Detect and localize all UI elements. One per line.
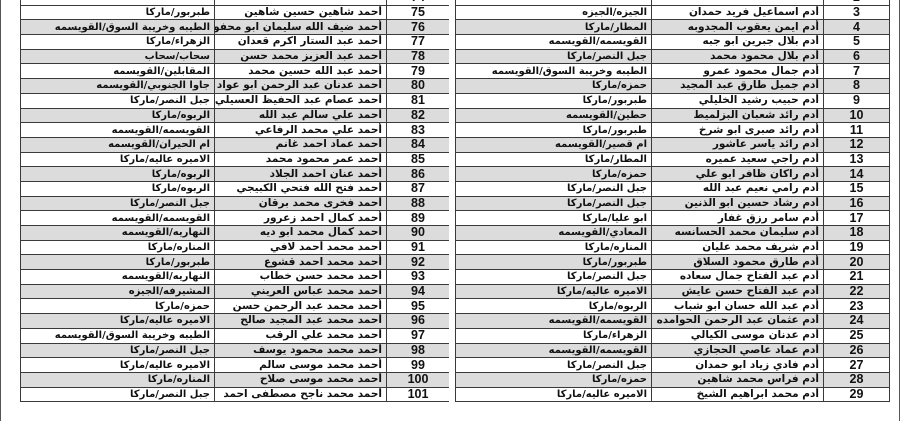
row-number: 76 xyxy=(387,20,450,35)
row-number: 82 xyxy=(387,108,450,123)
row-number: 28 xyxy=(824,372,890,387)
row-number: 24 xyxy=(824,314,890,329)
location: الطيبه وخريبة السوق/القويسمه xyxy=(456,64,652,79)
location: جبل النصر/ماركا xyxy=(456,358,652,373)
person-name: أدم اسماعيل فريد حمدان xyxy=(652,5,824,20)
table-row: 81أحمد عصام عبد الحفيظ العسيليجبل النصر/… xyxy=(21,93,450,108)
location: حمزه/ماركا xyxy=(456,167,652,182)
table-row: 92أحمد محمد احمد قشوعطبربور/ماركا xyxy=(21,255,450,270)
row-number: 79 xyxy=(387,64,450,79)
person-name: أحمد محمد عبد الرحمن حسن xyxy=(215,299,387,314)
row-number: 93 xyxy=(387,270,450,285)
person-name: أحمد علي سالم عبد الله xyxy=(215,108,387,123)
person-name: أدم بلال جبرين ابو جبه xyxy=(652,35,824,50)
row-number: 96 xyxy=(387,314,450,329)
person-name: أحمد فتح الله فتحي الكبيجي xyxy=(215,181,387,196)
table-row: 15أدم رامي نعيم عبد اللهجبل النصر/ماركا xyxy=(456,181,890,196)
left-table-body: 74 75أحمد شاهين حسين شاهينطبربور/ماركا76… xyxy=(21,0,450,402)
right-names-table: 2 3أدم اسماعيل فريد حمدانالجيزه/الجيزه4أ… xyxy=(455,0,890,402)
table-row: 100أحمد محمد موسى صلاحالمناره/ماركا xyxy=(21,372,450,387)
table-row: 93أحمد محمد حسن خطابالنهاريه/القويسمه xyxy=(21,270,450,285)
row-number: 83 xyxy=(387,123,450,138)
person-name: أحمد شاهين حسين شاهين xyxy=(215,5,387,20)
location: القويسمه/القويسمه xyxy=(456,343,652,358)
location: ام الحيران/القويسمه xyxy=(21,137,215,152)
person-name: أحمد فخرى محمد برقان xyxy=(215,196,387,211)
page-left-edge xyxy=(0,0,1,421)
table-row: 21أدم عبد الفتاح جمال سعادهجبل النصر/مار… xyxy=(456,270,890,285)
location: ابو عليا/ماركا xyxy=(456,211,652,226)
person-name: أدم رشاد حسين ابو الذنين xyxy=(652,196,824,211)
location: القويسمه/القويسمه xyxy=(21,123,215,138)
location: المشيرفه/الجيزه xyxy=(21,284,215,299)
person-name: أحمد محمد عباس العريني xyxy=(215,284,387,299)
location: جاوا الجنوبي/القويسمه xyxy=(21,79,215,94)
person-name: أدم عبد الله حسان ابو شباب xyxy=(652,299,824,314)
person-name: أحمد محمد أحمد لافي xyxy=(215,240,387,255)
person-name: أدم راجي سعيد عميره xyxy=(652,152,824,167)
table-row: 9أدم حبيب رشيد الخليليطبربور/ماركا xyxy=(456,93,890,108)
row-number: 7 xyxy=(824,64,890,79)
row-number: 81 xyxy=(387,93,450,108)
location: القويسمه/القويسمه xyxy=(456,314,652,329)
person-name: أحمد محمد علي الرقب xyxy=(215,328,387,343)
location: النهاريه/القويسمه xyxy=(21,270,215,285)
row-number: 17 xyxy=(824,211,890,226)
person-name: أحمد عصام عبد الحفيظ العسيلي xyxy=(215,93,387,108)
table-row: 78أحمد عبد العزيز محمد حسنسحاب/سحاب xyxy=(21,49,450,64)
location: الاميره عاليه/ماركا xyxy=(456,387,652,402)
row-number: 91 xyxy=(387,240,450,255)
row-number: 23 xyxy=(824,299,890,314)
location: الاميره عاليه/ماركا xyxy=(21,152,215,167)
person-name: أحمد عماد احمد غانم xyxy=(215,137,387,152)
location: الاميره عاليه/ماركا xyxy=(456,284,652,299)
location: المعادي/القويسمه xyxy=(456,226,652,241)
table-row: 89أحمد كمال احمد زعرورالقويسمه/القويسمه xyxy=(21,211,450,226)
table-row: 23أدم عبد الله حسان ابو شبابالربوه/ماركا xyxy=(456,299,890,314)
location: جبل النصر/ماركا xyxy=(21,196,215,211)
location: الطيبه وخريبة السوق/القويسمه xyxy=(21,20,215,35)
person-name: أحمد علي محمد الرفاعي xyxy=(215,123,387,138)
table-row: 79أحمد عبد الله حسين محمدالمقابلين/القوي… xyxy=(21,64,450,79)
table-row: 29أدم محمد ابراهيم الشيخالاميره عاليه/ما… xyxy=(456,387,890,402)
row-number: 29 xyxy=(824,387,890,402)
location: جبل النصر/ماركا xyxy=(21,387,215,402)
person-name: أحمد عبد الله حسين محمد xyxy=(215,64,387,79)
location: الزهراء/ماركا xyxy=(456,328,652,343)
row-number: 77 xyxy=(387,35,450,50)
location: الاميره عاليه/ماركا xyxy=(21,314,215,329)
row-number: 84 xyxy=(387,137,450,152)
person-name: أحمد محمد محمود يوسف xyxy=(215,343,387,358)
location: جبل النصر/ماركا xyxy=(456,181,652,196)
table-row: 22أدم عبد الفتاح حسن عايشالاميره عاليه/م… xyxy=(456,284,890,299)
person-name: أدم راكان ظافر ابو علي xyxy=(652,167,824,182)
location: جبل النصر/ماركا xyxy=(456,270,652,285)
table-row: 4أدم ايمن يعقوب المجدوبهالمطار/ماركا xyxy=(456,20,890,35)
row-number: 26 xyxy=(824,343,890,358)
row-number: 98 xyxy=(387,343,450,358)
row-number: 22 xyxy=(824,284,890,299)
person-name: أدم جميل طارق عبد المجيد xyxy=(652,79,824,94)
row-number: 21 xyxy=(824,270,890,285)
table-row: 75أحمد شاهين حسين شاهينطبربور/ماركا xyxy=(21,5,450,20)
row-number: 92 xyxy=(387,255,450,270)
table-row: 95أحمد محمد عبد الرحمن حسنحمزه/ماركا xyxy=(21,299,450,314)
table-row: 86أحمد عنان احمد الجلادالربوه/ماركا xyxy=(21,167,450,182)
row-number: 19 xyxy=(824,240,890,255)
table-row: 26أدم عماد عاصي الحجازيالقويسمه/القويسمه xyxy=(456,343,890,358)
person-name: أحمد كمال احمد زعرور xyxy=(215,211,387,226)
table-row: 12أدم رائد ياسر عاشورام قصير/القويسمه xyxy=(456,137,890,152)
row-number: 15 xyxy=(824,181,890,196)
person-name: أحمد ضيف الله سليمان ابو محفوظ xyxy=(215,20,387,35)
location: الربوه/ماركا xyxy=(456,299,652,314)
table-row: 94أحمد محمد عباس العرينيالمشيرفه/الجيزه xyxy=(21,284,450,299)
person-name: أحمد محمد موسى سالم xyxy=(215,358,387,373)
person-name: أدم بلال محمود محمد xyxy=(652,49,824,64)
location: طبربور/ماركا xyxy=(21,5,215,20)
table-row: 87أحمد فتح الله فتحي الكبيجيالربوه/ماركا xyxy=(21,181,450,196)
row-number: 27 xyxy=(824,358,890,373)
table-row: 82أحمد علي سالم عبد اللهالربوه/ماركا xyxy=(21,108,450,123)
table-row: 84أحمد عماد احمد غانمام الحيران/القويسمه xyxy=(21,137,450,152)
row-number: 13 xyxy=(824,152,890,167)
location: جبل النصر/ماركا xyxy=(21,343,215,358)
row-number: 78 xyxy=(387,49,450,64)
person-name: أدم رائد صبرى ابو شرخ xyxy=(652,123,824,138)
location: النهاريه/القويسمه xyxy=(21,226,215,241)
location: الاميره عاليه/ماركا xyxy=(21,358,215,373)
left-names-table: 74 75أحمد شاهين حسين شاهينطبربور/ماركا76… xyxy=(20,0,450,402)
location: حمزه/ماركا xyxy=(21,299,215,314)
location: الربوه/ماركا xyxy=(21,108,215,123)
table-row: 5أدم بلال جبرين ابو جبهالقويسمه/القويسمه xyxy=(456,35,890,50)
table-row: 6أدم بلال محمود محمدجبل النصر/ماركا xyxy=(456,49,890,64)
location: جبل النصر/ماركا xyxy=(456,49,652,64)
person-name: أدم عبد الفتاح جمال سعاده xyxy=(652,270,824,285)
person-name: أدم شريف محمد عليان xyxy=(652,240,824,255)
person-name: أدم رائد شعبان البزلميط xyxy=(652,108,824,123)
person-name: أدم عدنان موسى الكيالي xyxy=(652,328,824,343)
location: المناره/ماركا xyxy=(456,240,652,255)
row-number: 4 xyxy=(824,20,890,35)
row-number: 6 xyxy=(824,49,890,64)
table-row: 28أدم فراس محمد شاهينحمزه/ماركا xyxy=(456,372,890,387)
person-name: أدم رامي نعيم عبد الله xyxy=(652,181,824,196)
row-number: 12 xyxy=(824,137,890,152)
person-name: أحمد كمال محمد ابو ديه xyxy=(215,226,387,241)
location: حمزه/ماركا xyxy=(456,79,652,94)
person-name: أدم فراس محمد شاهين xyxy=(652,372,824,387)
location: طبربور/ماركا xyxy=(456,255,652,270)
row-number: 99 xyxy=(387,358,450,373)
location: الزهراء/ماركا xyxy=(21,35,215,50)
person-name: أحمد محمد ناجح مصطفى احمد xyxy=(215,387,387,402)
table-row: 91أحمد محمد أحمد لافيالمناره/ماركا xyxy=(21,240,450,255)
person-name: أحمد محمد عبد المجيد صالح xyxy=(215,314,387,329)
person-name: أدم عثمان عبد الرحمن الحوامده xyxy=(652,314,824,329)
person-name: أدم ايمن يعقوب المجدوبه xyxy=(652,20,824,35)
table-row: 18أدم سليمان محمد الحسانسهالمعادي/القويس… xyxy=(456,226,890,241)
right-table-body: 2 3أدم اسماعيل فريد حمدانالجيزه/الجيزه4أ… xyxy=(456,0,890,402)
location: المطار/ماركا xyxy=(456,20,652,35)
person-name: أدم رائد ياسر عاشور xyxy=(652,137,824,152)
person-name: أحمد محمد احمد قشوع xyxy=(215,255,387,270)
table-row: 99أحمد محمد موسى سالمالاميره عاليه/ماركا xyxy=(21,358,450,373)
location: المناره/ماركا xyxy=(21,372,215,387)
location: الربوه/ماركا xyxy=(21,167,215,182)
table-row: 16أدم رشاد حسين ابو الذنينجبل النصر/مارك… xyxy=(456,196,890,211)
person-name: أدم فادي زياد ابو حمدان xyxy=(652,358,824,373)
table-row: 20أدم طارق محمود السلاقطبربور/ماركا xyxy=(456,255,890,270)
row-number: 25 xyxy=(824,328,890,343)
location: القويسمه/القويسمه xyxy=(21,211,215,226)
person-name: أحمد عنان احمد الجلاد xyxy=(215,167,387,182)
location: المطار/ماركا xyxy=(456,152,652,167)
row-number: 95 xyxy=(387,299,450,314)
table-row: 14أدم راكان ظافر ابو عليحمزه/ماركا xyxy=(456,167,890,182)
row-number: 11 xyxy=(824,123,890,138)
row-number: 85 xyxy=(387,152,450,167)
table-row: 76أحمد ضيف الله سليمان ابو محفوظالطيبه و… xyxy=(21,20,450,35)
table-row: 7أدم جمال محمود عمروالطيبه وخريبة السوق/… xyxy=(456,64,890,79)
row-number: 75 xyxy=(387,5,450,20)
table-row: 27أدم فادي زياد ابو حمدانجبل النصر/ماركا xyxy=(456,358,890,373)
row-number: 90 xyxy=(387,226,450,241)
table-row: 10أدم رائد شعبان البزلميطحطين/القويسمه xyxy=(456,108,890,123)
row-number: 10 xyxy=(824,108,890,123)
table-row: 85أحمد عمر محمود محمدالاميره عاليه/ماركا xyxy=(21,152,450,167)
location: الطيبه وخريبة السوق/القويسمه xyxy=(21,328,215,343)
table-row: 83أحمد علي محمد الرفاعيالقويسمه/القويسمه xyxy=(21,123,450,138)
row-number: 8 xyxy=(824,79,890,94)
row-number: 16 xyxy=(824,196,890,211)
person-name: أحمد عبد العزيز محمد حسن xyxy=(215,49,387,64)
person-name: أدم حبيب رشيد الخليلي xyxy=(652,93,824,108)
row-number: 100 xyxy=(387,372,450,387)
table-row: 25أدم عدنان موسى الكياليالزهراء/ماركا xyxy=(456,328,890,343)
row-number: 86 xyxy=(387,167,450,182)
location: الربوه/ماركا xyxy=(21,181,215,196)
table-row: 19أدم شريف محمد عليانالمناره/ماركا xyxy=(456,240,890,255)
person-name: أدم عبد الفتاح حسن عايش xyxy=(652,284,824,299)
person-name: أدم جمال محمود عمرو xyxy=(652,64,824,79)
row-number: 5 xyxy=(824,35,890,50)
table-row: 3أدم اسماعيل فريد حمدانالجيزه/الجيزه xyxy=(456,5,890,20)
row-number: 9 xyxy=(824,93,890,108)
row-number: 101 xyxy=(387,387,450,402)
table-row: 13أدم راجي سعيد عميرهالمطار/ماركا xyxy=(456,152,890,167)
location: جبل النصر/ماركا xyxy=(21,93,215,108)
row-number: 3 xyxy=(824,5,890,20)
location: حمزه/ماركا xyxy=(456,372,652,387)
row-number: 94 xyxy=(387,284,450,299)
location: المناره/ماركا xyxy=(21,240,215,255)
location: طبربور/ماركا xyxy=(21,255,215,270)
person-name: أدم محمد ابراهيم الشيخ xyxy=(652,387,824,402)
row-number: 89 xyxy=(387,211,450,226)
location: جبل النصر/ماركا xyxy=(456,196,652,211)
row-number: 80 xyxy=(387,79,450,94)
row-number: 97 xyxy=(387,328,450,343)
person-name: أدم طارق محمود السلاق xyxy=(652,255,824,270)
table-row: 90أحمد كمال محمد ابو ديهالنهاريه/القويسم… xyxy=(21,226,450,241)
person-name: أدم عماد عاصي الحجازي xyxy=(652,343,824,358)
row-number: 20 xyxy=(824,255,890,270)
table-row: 17أدم سامر رزق غفارابو عليا/ماركا xyxy=(456,211,890,226)
person-name: أحمد عمر محمود محمد xyxy=(215,152,387,167)
location: حطين/القويسمه xyxy=(456,108,652,123)
person-name: أحمد عبد الستار اكرم قعدان xyxy=(215,35,387,50)
location: الجيزه/الجيزه xyxy=(456,5,652,20)
person-name: أدم سليمان محمد الحسانسه xyxy=(652,226,824,241)
location: طبربور/ماركا xyxy=(456,93,652,108)
location: القويسمه/القويسمه xyxy=(456,35,652,50)
table-row: 98أحمد محمد محمود يوسفجبل النصر/ماركا xyxy=(21,343,450,358)
location: المقابلين/القويسمه xyxy=(21,64,215,79)
person-name: أحمد محمد موسى صلاح xyxy=(215,372,387,387)
row-number: 88 xyxy=(387,196,450,211)
table-row: 88أحمد فخرى محمد برقانجبل النصر/ماركا xyxy=(21,196,450,211)
table-row: 97أحمد محمد علي الرقبالطيبه وخريبة السوق… xyxy=(21,328,450,343)
table-row: 96أحمد محمد عبد المجيد صالحالاميره عاليه… xyxy=(21,314,450,329)
location: سحاب/سحاب xyxy=(21,49,215,64)
table-row: 24أدم عثمان عبد الرحمن الحوامدهالقويسمه/… xyxy=(456,314,890,329)
table-row: 77أحمد عبد الستار اكرم قعدانالزهراء/مارك… xyxy=(21,35,450,50)
location: ام قصير/القويسمه xyxy=(456,137,652,152)
table-row: 8أدم جميل طارق عبد المجيدحمزه/ماركا xyxy=(456,79,890,94)
location: طبربور/ماركا xyxy=(456,123,652,138)
table-row: 101أحمد محمد ناجح مصطفى احمدجبل النصر/ما… xyxy=(21,387,450,402)
row-number: 87 xyxy=(387,181,450,196)
person-name: أدم سامر رزق غفار xyxy=(652,211,824,226)
table-row: 80أحمد عدنان عبد الرحمن ابو عوادجاوا الج… xyxy=(21,79,450,94)
row-number: 18 xyxy=(824,226,890,241)
person-name: أحمد عدنان عبد الرحمن ابو عواد xyxy=(215,79,387,94)
table-row: 11أدم رائد صبرى ابو شرخطبربور/ماركا xyxy=(456,123,890,138)
person-name: أحمد محمد حسن خطاب xyxy=(215,270,387,285)
row-number: 14 xyxy=(824,167,890,182)
